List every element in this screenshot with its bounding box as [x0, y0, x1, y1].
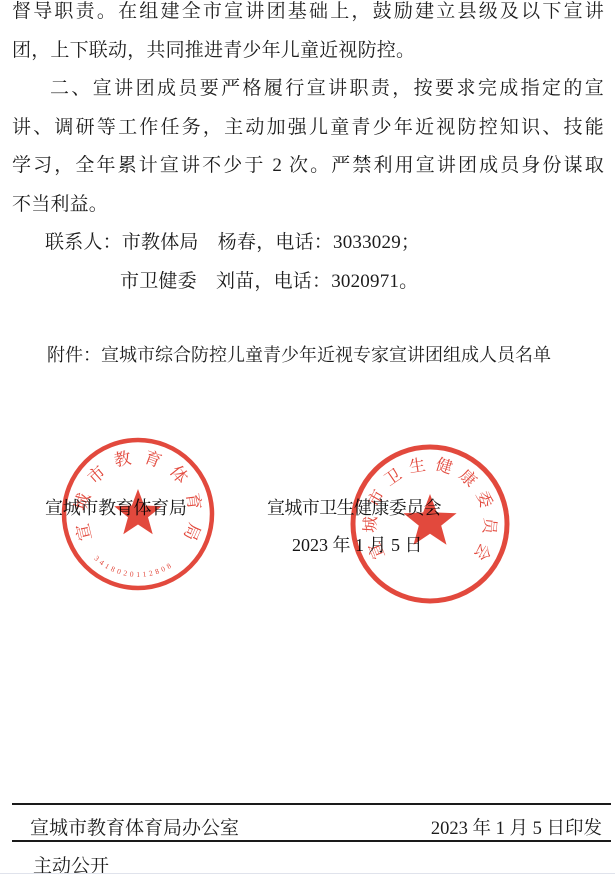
- seal-serial-number: 3418020112808: [92, 554, 175, 579]
- document-body: 督导职责。在组建全市宣讲团基础上，鼓励建立县级及以下宣讲 团，上下联动，共同推进…: [12, 0, 604, 301]
- footer-rule-bottom: [12, 840, 611, 842]
- page-edge-rule: [0, 873, 615, 874]
- footer-office-name: 宣城市教育体育局办公室: [30, 813, 239, 840]
- signature-date: 2023 年 1 月 5 日: [292, 531, 423, 557]
- attachment-line: 附件：宣城市综合防控儿童青少年近视专家宣讲团组成人员名单: [47, 341, 551, 367]
- body-line: 二、宣讲团成员要严格履行宣讲职责，按要求完成指定的宣: [12, 70, 604, 109]
- footer-rule-top: [12, 803, 611, 805]
- body-line: 督导职责。在组建全市宣讲团基础上，鼓励建立县级及以下宣讲: [12, 0, 604, 32]
- document-page: 督导职责。在组建全市宣讲团基础上，鼓励建立县级及以下宣讲 团，上下联动，共同推进…: [0, 0, 615, 877]
- official-seal-right: 宣城市卫生健康委员会: [353, 447, 507, 601]
- footer-print-date: 2023 年 1 月 5 日印发: [431, 814, 602, 840]
- body-line: 不当利益。: [12, 186, 604, 225]
- body-line: 学习，全年累计宣讲不少于 2 次。严禁利用宣讲团成员身份谋取: [12, 147, 604, 186]
- signature-left-org: 宣城市教育体育局: [45, 494, 187, 520]
- signature-right-org: 宣城市卫生健康委员会: [267, 494, 441, 520]
- contact-line: 市卫健委 刘苗，电话：3020971。: [12, 263, 604, 302]
- body-line: 讲、调研等工作任务，主动加强儿童青少年近视防控知识、技能: [12, 109, 604, 148]
- body-line: 团，上下联动，共同推进青少年儿童近视防控。: [12, 32, 604, 71]
- seal-border-circle: [353, 447, 507, 601]
- contact-line: 联系人：市教体局 杨春，电话：3033029；: [12, 224, 604, 263]
